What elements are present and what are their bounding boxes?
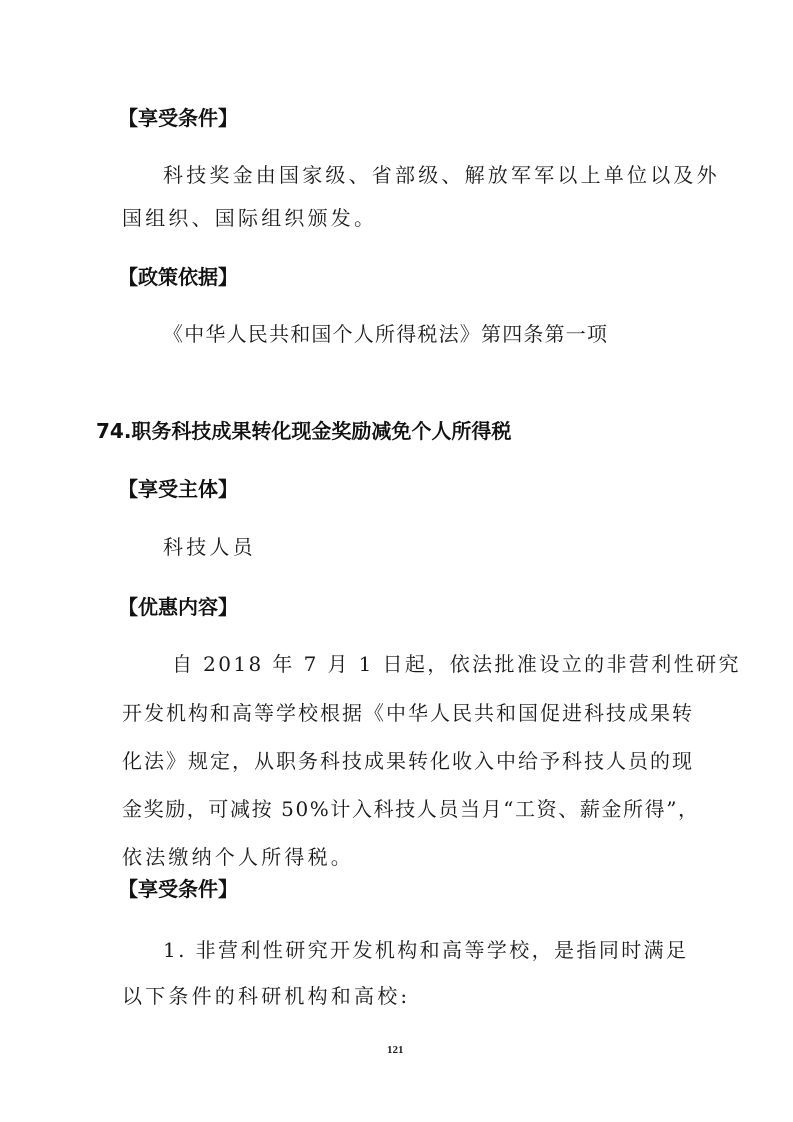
paragraph-line: 金奖励，可减按 50%计入科技人员当月“工资、薪金所得”， — [122, 799, 700, 819]
paragraph-line: 1. 非营利性研究开发机构和高等学校，是指同时满足 — [163, 940, 688, 960]
paragraph-line: 《中华人民共和国个人所得税法》第四条第一项 — [163, 324, 608, 344]
section-label-preferential-content: 【优惠内容】 — [118, 597, 238, 617]
paragraph-line: 科技人员 — [163, 537, 256, 557]
paragraph-line: 科技奖金由国家级、省部级、解放军军以上单位以及外 — [163, 165, 720, 185]
paragraph-line: 开发机构和高等学校根据《中华人民共和国促进科技成果转 — [122, 703, 694, 723]
paragraph-line: 自 2018 年 7 月 1 日起，依法批准设立的非营利性研究 — [172, 654, 741, 674]
paragraph-line: 国组织、国际组织颁发。 — [122, 208, 377, 228]
section-label-beneficiary: 【享受主体】 — [118, 479, 238, 499]
section-label-policy-basis: 【政策依据】 — [118, 267, 238, 287]
page-number: 121 — [387, 1045, 404, 1056]
paragraph-line: 以下条件的科研机构和高校: — [122, 986, 410, 1006]
paragraph-line: 化法》规定，从职务科技成果转化收入中给予科技人员的现 — [122, 751, 694, 771]
section-label-enjoy-conditions: 【享受条件】 — [118, 108, 238, 128]
paragraph-line: 依法缴纳个人所得税。 — [122, 847, 354, 867]
item-title: 74.职务科技成果转化现金奖励减免个人所得税 — [96, 421, 511, 441]
section-label-enjoy-conditions-2: 【享受条件】 — [118, 879, 238, 899]
document-page: 【享受条件】 科技奖金由国家级、省部级、解放军军以上单位以及外 国组织、国际组织… — [0, 0, 793, 1122]
